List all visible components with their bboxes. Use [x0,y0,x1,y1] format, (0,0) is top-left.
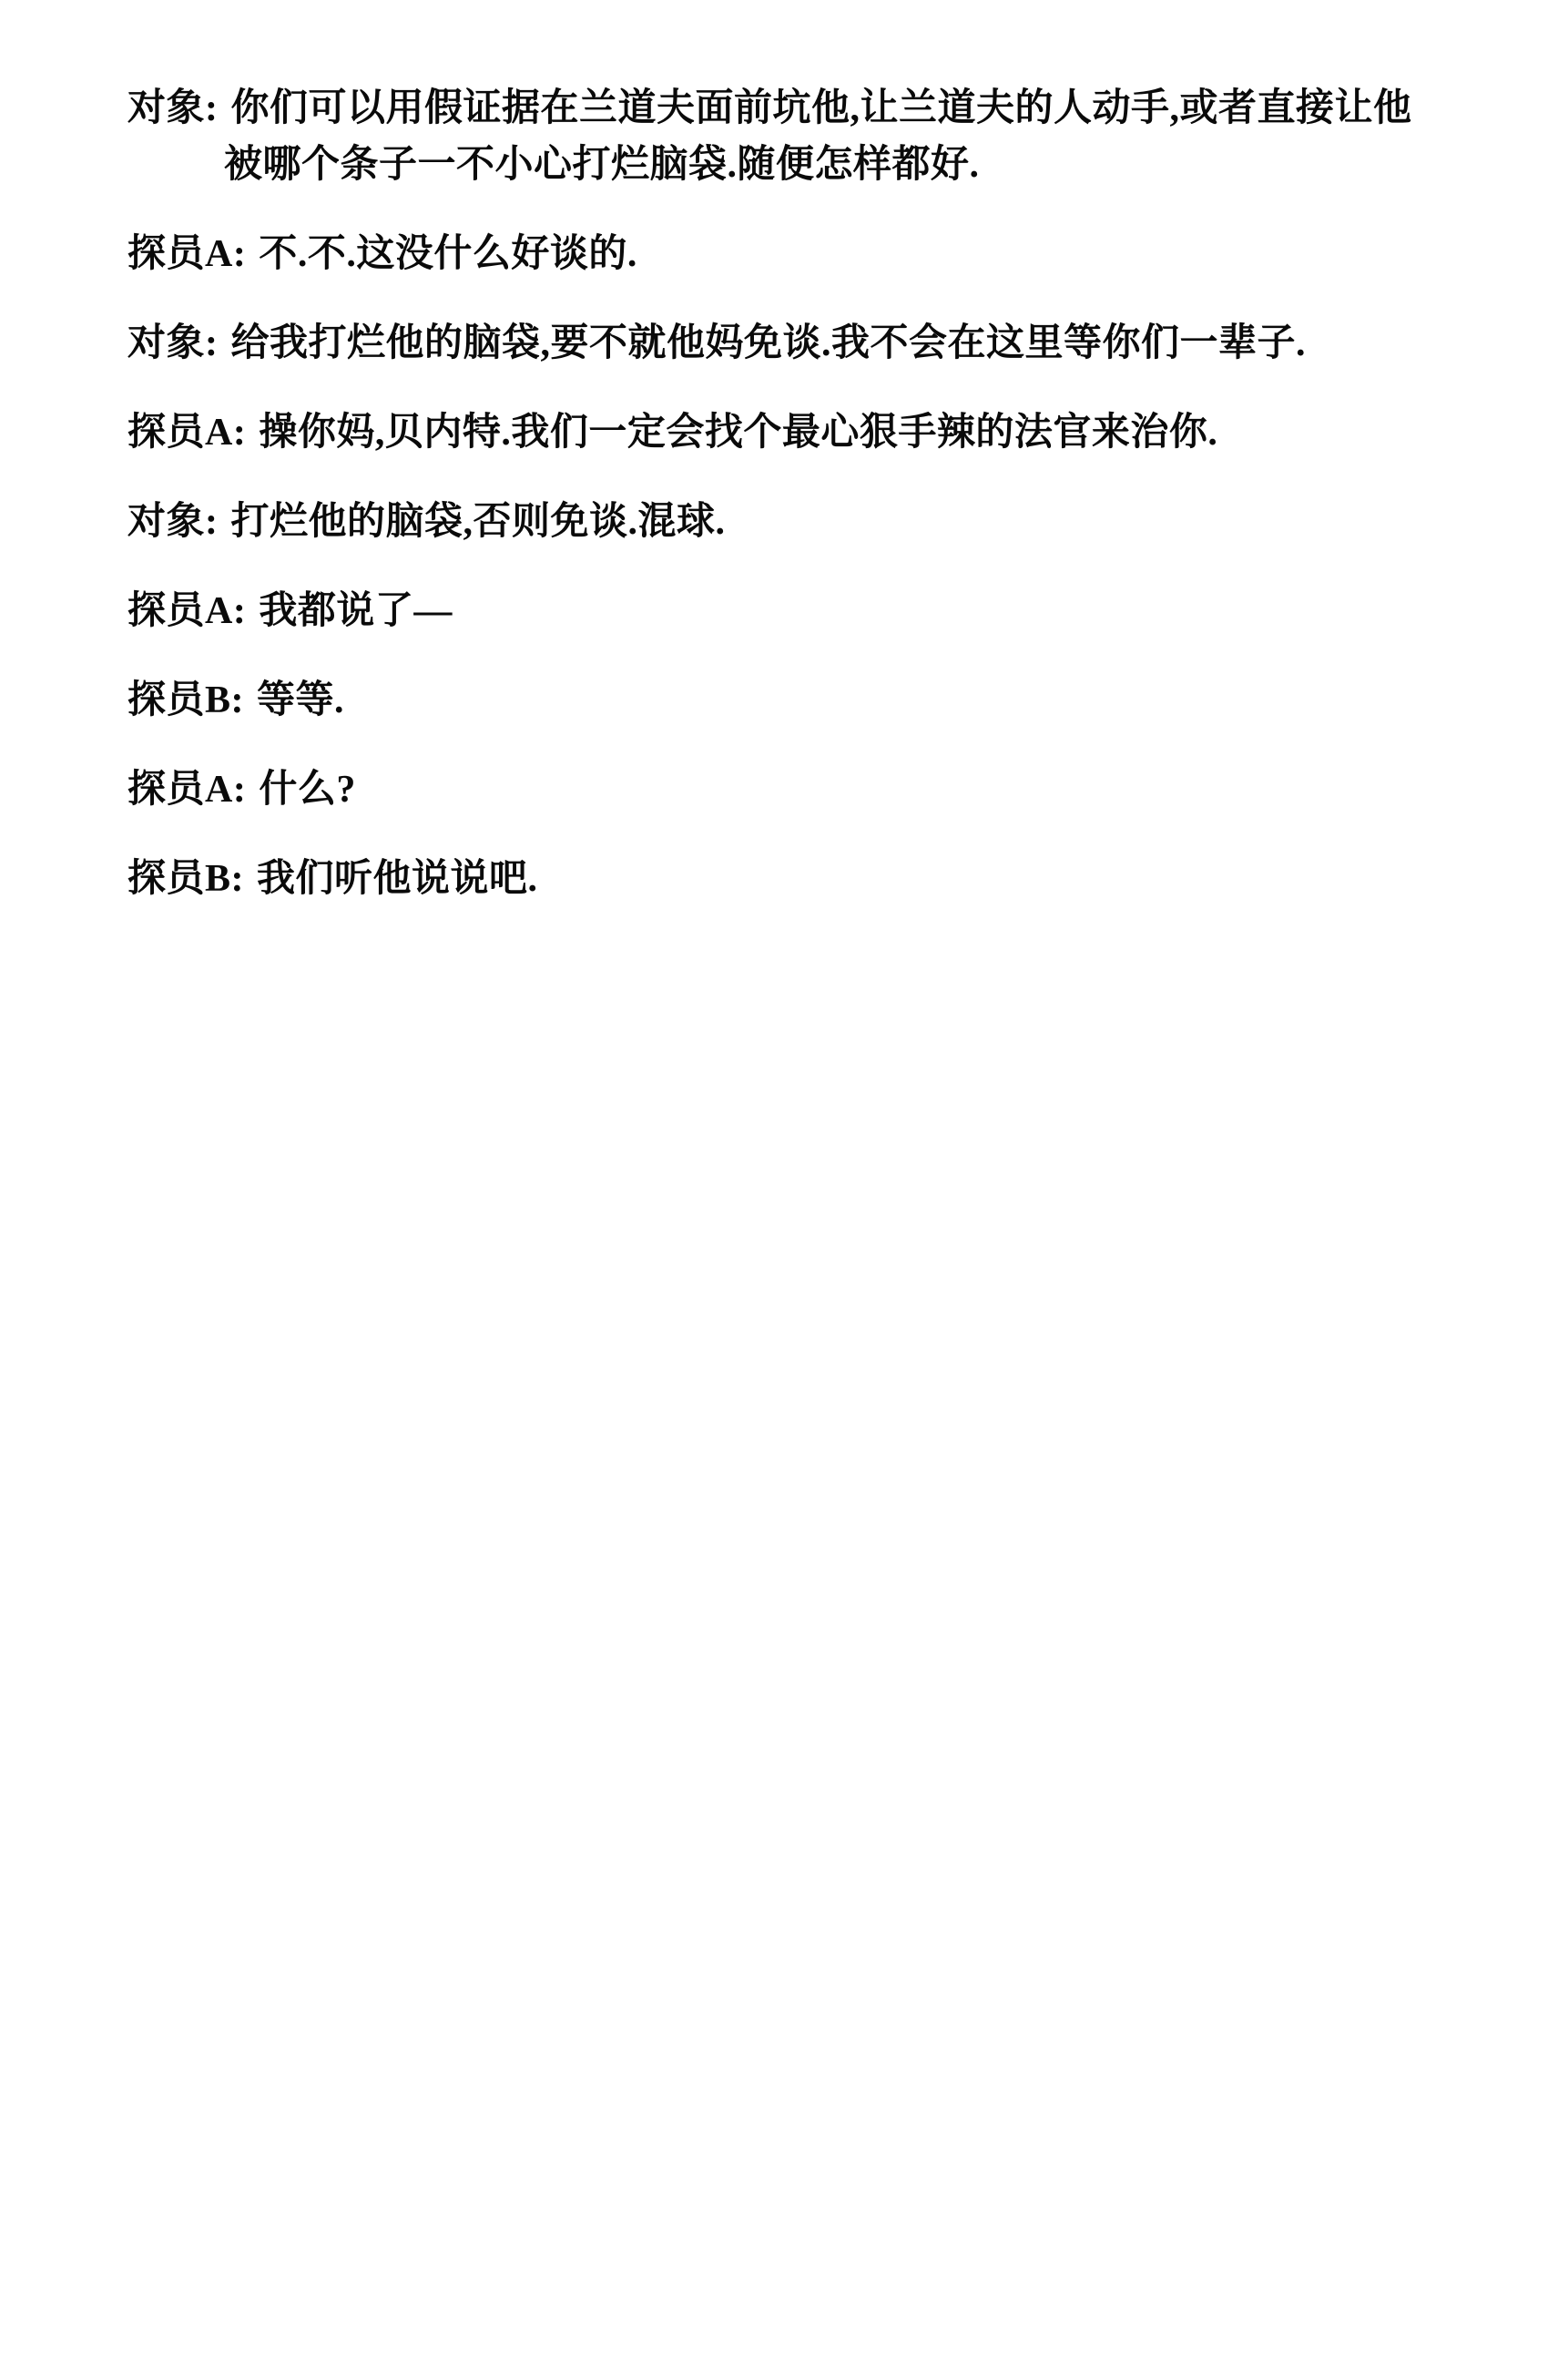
dialogue-text: 我都说了— [259,590,453,632]
dialogue-paragraph: 探员A:不.不.这没什么好谈的. [127,226,1428,282]
speaker-label: 探员A: [127,233,246,275]
dialogue-text: 操你妈,贝内特.我们一定会找个最心狠手辣的法官来治你. [259,412,1217,454]
speaker-label: 探员A: [127,769,246,811]
dialogue-paragraph: 探员A:操你妈,贝内特.我们一定会找个最心狠手辣的法官来治你. [127,404,1428,461]
dialogue-paragraph: 对象:给我打烂他的脑袋,要不就他妈免谈.我不会在这里等你们一辈子. [127,315,1428,372]
dialogue-paragraph: 对象:打烂他的脑袋,否则免谈.混球. [127,494,1428,550]
dialogue-text: 等等. [257,679,344,721]
dialogue-paragraph: 探员B:我们听他说说吧. [127,851,1428,907]
dialogue-paragraph: 探员B:等等. [127,672,1428,729]
dialogue-paragraph: 探员A:什么? [127,761,1428,818]
speaker-label: 对象: [127,87,219,129]
dialogue-text: 你们可以用假证据在兰道夫面前坑他,让兰道夫的人动手,或者直接让他被哪个条子一不小… [224,87,1412,186]
dialogue-text: 打烂他的脑袋,否则免谈.混球. [231,501,726,543]
speaker-label: 对象: [127,322,219,364]
speaker-label: 探员B: [127,858,244,900]
transcript-page: 对象:你们可以用假证据在兰道夫面前坑他,让兰道夫的人动手,或者直接让他被哪个条子… [0,0,1548,2380]
dialogue-text: 给我打烂他的脑袋,要不就他妈免谈.我不会在这里等你们一辈子. [231,322,1307,364]
speaker-label: 探员A: [127,590,246,632]
speaker-label: 对象: [127,501,219,543]
speaker-label: 探员B: [127,679,244,721]
speaker-label: 探员A: [127,412,246,454]
dialogue-text: 我们听他说说吧. [257,858,538,900]
dialogue-text: 不.不.这没什么好谈的. [259,233,637,275]
dialogue-text: 什么? [259,769,356,811]
dialogue-paragraph: 对象:你们可以用假证据在兰道夫面前坑他,让兰道夫的人动手,或者直接让他被哪个条子… [127,80,1428,193]
dialogue-paragraph: 探员A:我都说了— [127,583,1428,639]
